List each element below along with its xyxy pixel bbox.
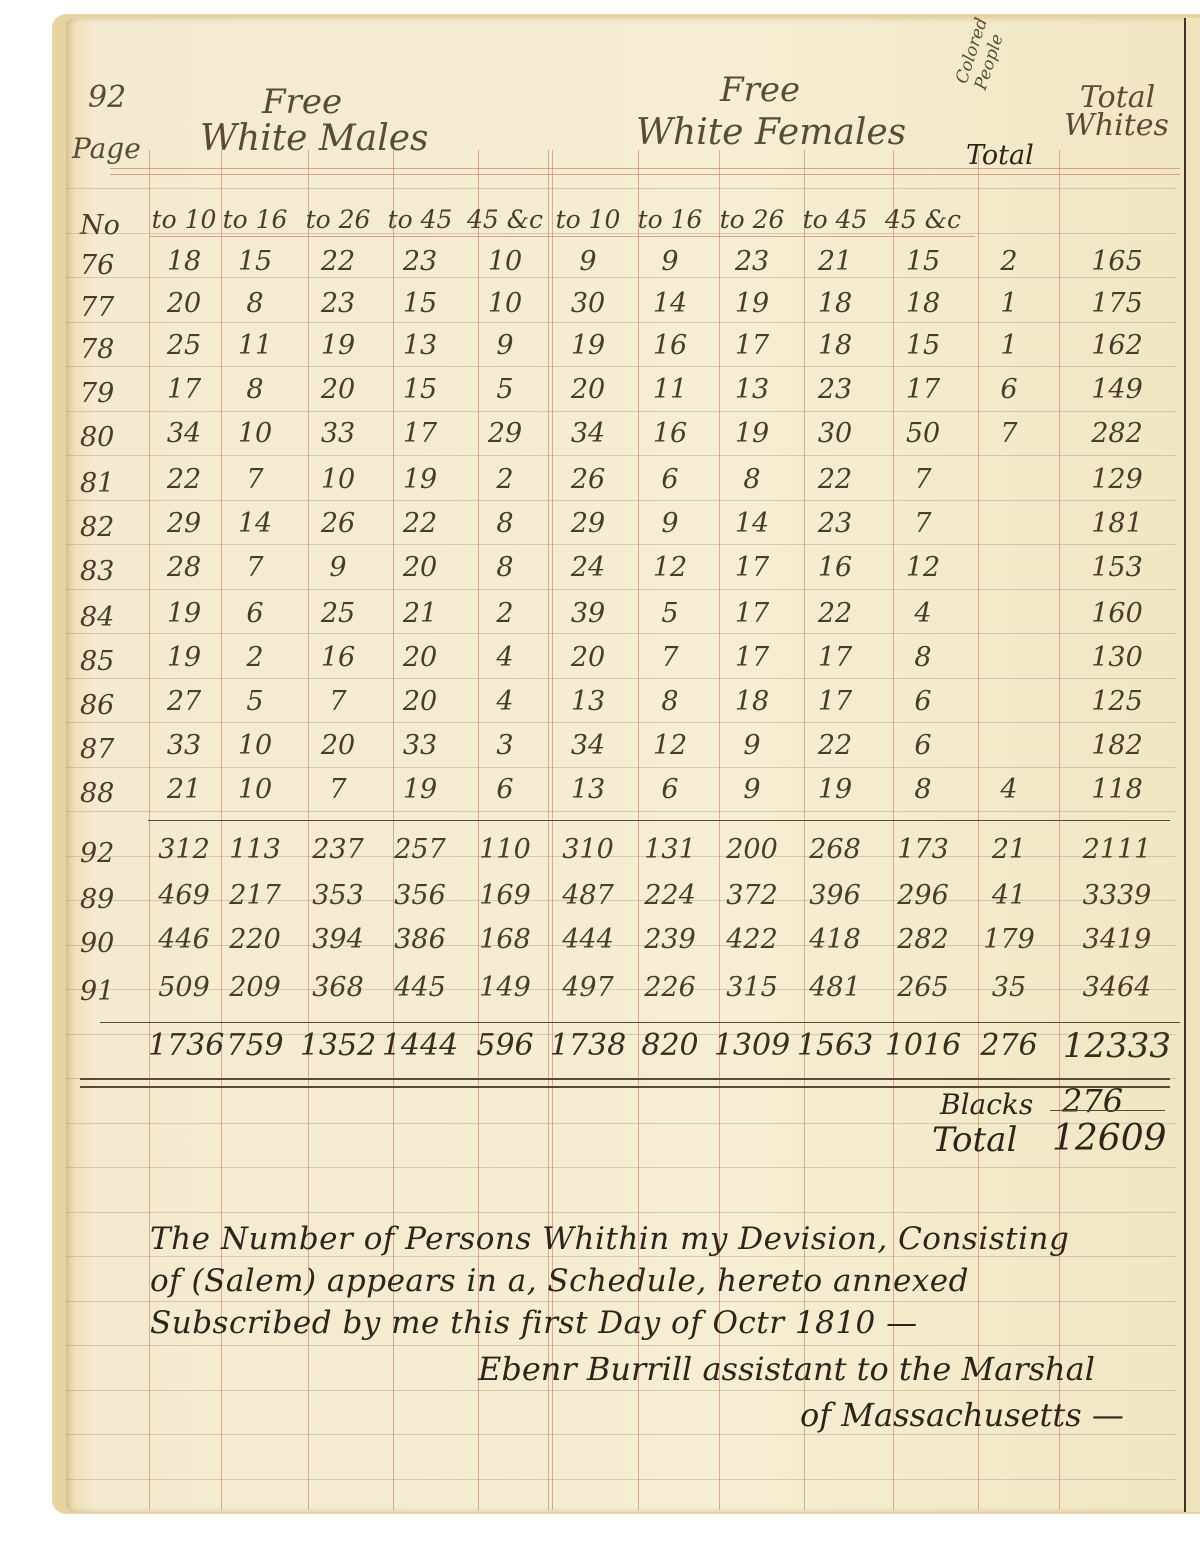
row-number: 85: [80, 642, 140, 682]
table-cell: 17: [712, 326, 792, 366]
table-cell: 3: [462, 726, 548, 766]
table-cell: 168: [462, 920, 548, 960]
table-cell: 19: [792, 770, 878, 810]
total-cell: 1444: [378, 1026, 462, 1066]
free-white-males-heading: White Males: [200, 118, 429, 159]
table-cell: 9: [548, 242, 628, 282]
table-cell: 200: [712, 830, 792, 870]
table-cell: 16: [792, 548, 878, 588]
row-rule: [66, 366, 1176, 367]
table-cell: 6: [878, 682, 968, 722]
table-cell: 35: [968, 968, 1050, 1008]
table-cell: 19: [148, 638, 220, 678]
row-number: 77: [80, 288, 140, 328]
table-cell: 509: [148, 968, 220, 1008]
table-cell: 20: [378, 638, 462, 678]
signature: Ebenr Burrill assistant to the Marshal: [478, 1350, 1095, 1388]
colored-total-heading: Total: [966, 140, 1034, 171]
grand-total-value: 12609: [1052, 1118, 1167, 1159]
table-cell: 9: [628, 504, 712, 544]
free-white-males-line1: Free: [262, 82, 342, 122]
signature-line-2: of Massachusetts —: [800, 1396, 1124, 1434]
table-cell: 12: [628, 726, 712, 766]
table-cell: 282: [878, 920, 968, 960]
table-cell: 160: [1062, 594, 1172, 634]
total-cell: 1309: [712, 1026, 792, 1066]
row-number: 78: [80, 330, 140, 370]
table-cell: 12: [628, 548, 712, 588]
table-cell: 4: [462, 638, 548, 678]
table-cell: 125: [1062, 682, 1172, 722]
table-cell: 41: [968, 876, 1050, 916]
table-cell: 394: [298, 920, 378, 960]
table-cell: 6: [628, 460, 712, 500]
table-cell: 9: [298, 548, 378, 588]
certificate-text: The Number of Persons Whithin my Devisio…: [150, 1218, 1170, 1344]
table-cell: 23: [378, 242, 462, 282]
total-cell: 820: [628, 1026, 712, 1066]
table-cell: 9: [628, 242, 712, 282]
table-cell: 356: [378, 876, 462, 916]
blacks-value: 276: [1062, 1082, 1123, 1120]
column-header: to 16: [212, 200, 298, 240]
table-cell: 5: [462, 370, 548, 410]
table-cell: 16: [628, 414, 712, 454]
table-cell: 118: [1062, 770, 1172, 810]
table-cell: 175: [1062, 284, 1172, 324]
table-cell: 33: [378, 726, 462, 766]
table-cell: 34: [548, 726, 628, 766]
total-cell: 1016: [878, 1026, 968, 1066]
table-cell: 11: [212, 326, 298, 366]
header-double-rule: [110, 168, 1180, 169]
table-cell: 1: [968, 284, 1050, 324]
table-cell: 162: [1062, 326, 1172, 366]
table-cell: 13: [712, 370, 792, 410]
table-cell: 19: [378, 770, 462, 810]
page-number: 92: [88, 80, 126, 115]
row-rule: [66, 411, 1176, 412]
total-cell: 1736: [148, 1026, 220, 1066]
table-cell: 497: [548, 968, 628, 1008]
table-cell: 34: [548, 414, 628, 454]
table-cell: 21: [968, 830, 1050, 870]
table-cell: 445: [378, 968, 462, 1008]
column-header: to 45: [792, 200, 878, 240]
table-cell: 6: [628, 770, 712, 810]
table-cell: 15: [878, 326, 968, 366]
row-rule: [66, 589, 1176, 590]
subtotal-rule: [100, 1022, 1180, 1023]
column-header: to 26: [298, 200, 378, 240]
column-header: to 45: [378, 200, 462, 240]
table-cell: 12: [878, 548, 968, 588]
table-cell: 3419: [1062, 920, 1172, 960]
table-cell: 10: [212, 414, 298, 454]
table-cell: 9: [712, 770, 792, 810]
table-cell: 17: [878, 370, 968, 410]
table-cell: 10: [462, 284, 548, 324]
column-header: 45 &c: [878, 200, 968, 240]
table-cell: 14: [212, 504, 298, 544]
table-cell: 6: [878, 726, 968, 766]
table-cell: 18: [792, 284, 878, 324]
table-cell: 312: [148, 830, 220, 870]
row-rule: [66, 544, 1176, 545]
table-cell: 29: [148, 504, 220, 544]
row-rule: [66, 811, 1176, 812]
row-number: 89: [80, 880, 140, 920]
table-cell: 19: [148, 594, 220, 634]
subtotal-rule: [148, 820, 1170, 821]
blacks-underline: [1050, 1110, 1165, 1111]
table-cell: 179: [968, 920, 1050, 960]
table-cell: 5: [212, 682, 298, 722]
row-number: 81: [80, 464, 140, 504]
table-cell: 25: [298, 594, 378, 634]
total-whites-heading: Whites: [1064, 108, 1169, 143]
table-cell: 17: [712, 548, 792, 588]
table-cell: 16: [628, 326, 712, 366]
table-cell: 368: [298, 968, 378, 1008]
table-cell: 487: [548, 876, 628, 916]
table-cell: 7: [298, 770, 378, 810]
table-cell: 23: [792, 370, 878, 410]
table-cell: 17: [712, 594, 792, 634]
table-cell: 34: [148, 414, 220, 454]
table-cell: 21: [148, 770, 220, 810]
table-cell: 22: [792, 726, 878, 766]
column-header-underline: [150, 236, 975, 237]
row-rule: [66, 1434, 1176, 1435]
table-cell: 17: [792, 682, 878, 722]
grand-total-label: Total: [932, 1120, 1017, 1160]
table-cell: 25: [148, 326, 220, 366]
total-cell: 1352: [298, 1026, 378, 1066]
table-cell: 23: [298, 284, 378, 324]
table-cell: 220: [212, 920, 298, 960]
table-cell: 17: [148, 370, 220, 410]
row-number: 76: [80, 246, 140, 286]
total-cell: 759: [212, 1026, 298, 1066]
table-cell: 7: [628, 638, 712, 678]
table-cell: 17: [792, 638, 878, 678]
table-cell: 20: [378, 682, 462, 722]
table-cell: 296: [878, 876, 968, 916]
column-header: 45 &c: [462, 200, 548, 240]
table-cell: 11: [628, 370, 712, 410]
table-cell: 24: [548, 548, 628, 588]
table-cell: 7: [298, 682, 378, 722]
table-cell: 2111: [1062, 830, 1172, 870]
table-cell: 131: [628, 830, 712, 870]
table-cell: 10: [298, 460, 378, 500]
free-white-females-heading: White Females: [636, 112, 906, 153]
table-cell: 282: [1062, 414, 1172, 454]
total-cell: 276: [968, 1026, 1050, 1066]
certificate-line-2: of (Salem) appears in a, Schedule, heret…: [150, 1260, 1170, 1302]
grand-total-double-rule: [80, 1078, 1170, 1080]
table-cell: 13: [378, 326, 462, 366]
table-cell: 224: [628, 876, 712, 916]
table-cell: 10: [462, 242, 548, 282]
table-cell: 18: [878, 284, 968, 324]
table-cell: 15: [378, 284, 462, 324]
table-cell: 4: [878, 594, 968, 634]
table-cell: 8: [712, 460, 792, 500]
table-cell: 20: [298, 726, 378, 766]
table-cell: 22: [298, 242, 378, 282]
table-cell: 7: [878, 460, 968, 500]
row-number: 83: [80, 552, 140, 592]
row-rule: [66, 678, 1176, 679]
table-cell: 29: [548, 504, 628, 544]
row-rule: [66, 767, 1176, 768]
total-cell: 1563: [792, 1026, 878, 1066]
page-label: Page: [72, 132, 141, 165]
table-cell: 129: [1062, 460, 1172, 500]
row-rule: [66, 188, 1176, 189]
row-rule: [66, 722, 1176, 723]
table-cell: 130: [1062, 638, 1172, 678]
table-cell: 3464: [1062, 968, 1172, 1008]
table-cell: 30: [548, 284, 628, 324]
table-cell: 20: [148, 284, 220, 324]
table-cell: 17: [712, 638, 792, 678]
table-cell: 372: [712, 876, 792, 916]
table-cell: 20: [548, 370, 628, 410]
row-number: 92: [80, 834, 140, 874]
table-cell: 8: [462, 504, 548, 544]
table-cell: 386: [378, 920, 462, 960]
table-cell: 8: [878, 638, 968, 678]
table-cell: 17: [378, 414, 462, 454]
table-cell: 18: [712, 682, 792, 722]
table-cell: 153: [1062, 548, 1172, 588]
table-cell: 14: [628, 284, 712, 324]
table-cell: 20: [548, 638, 628, 678]
table-cell: 6: [212, 594, 298, 634]
table-cell: 239: [628, 920, 712, 960]
blacks-label: Blacks: [940, 1088, 1033, 1121]
table-cell: 23: [712, 242, 792, 282]
table-cell: 39: [548, 594, 628, 634]
table-cell: 29: [462, 414, 548, 454]
table-cell: 444: [548, 920, 628, 960]
table-cell: 315: [712, 968, 792, 1008]
table-cell: 2: [212, 638, 298, 678]
table-cell: 30: [792, 414, 878, 454]
table-cell: 217: [212, 876, 298, 916]
table-cell: 9: [462, 326, 548, 366]
table-cell: 2: [462, 594, 548, 634]
free-white-females-line1: Free: [720, 70, 800, 110]
certificate-line-1: The Number of Persons Whithin my Devisio…: [150, 1218, 1170, 1260]
column-header: to 26: [712, 200, 792, 240]
table-cell: 173: [878, 830, 968, 870]
table-cell: 18: [148, 242, 220, 282]
row-number: 86: [80, 686, 140, 726]
table-cell: 15: [212, 242, 298, 282]
table-cell: 16: [298, 638, 378, 678]
table-cell: 2: [968, 242, 1050, 282]
row-number: 88: [80, 774, 140, 814]
table-cell: 19: [712, 284, 792, 324]
table-cell: 20: [378, 548, 462, 588]
table-cell: 3339: [1062, 876, 1172, 916]
table-cell: 481: [792, 968, 878, 1008]
table-cell: 26: [548, 460, 628, 500]
table-cell: 209: [212, 968, 298, 1008]
table-cell: 6: [462, 770, 548, 810]
table-cell: 8: [212, 284, 298, 324]
table-cell: 418: [792, 920, 878, 960]
row-rule: [66, 1479, 1176, 1480]
table-cell: 22: [792, 594, 878, 634]
table-cell: 19: [378, 460, 462, 500]
table-cell: 110: [462, 830, 548, 870]
row-rule: [66, 1167, 1176, 1168]
table-cell: 22: [148, 460, 220, 500]
total-cell: 596: [462, 1026, 548, 1066]
table-cell: 268: [792, 830, 878, 870]
table-cell: 15: [878, 242, 968, 282]
table-cell: 10: [212, 770, 298, 810]
table-cell: 18: [792, 326, 878, 366]
table-cell: 469: [148, 876, 220, 916]
table-cell: 27: [148, 682, 220, 722]
table-cell: 169: [462, 876, 548, 916]
facing-page-edge: [1186, 18, 1200, 1512]
table-cell: 50: [878, 414, 968, 454]
column-header: to 16: [628, 200, 712, 240]
table-cell: 149: [462, 968, 548, 1008]
table-cell: 19: [548, 326, 628, 366]
table-cell: 4: [462, 682, 548, 722]
row-rule: [66, 455, 1176, 456]
table-cell: 21: [378, 594, 462, 634]
table-cell: 113: [212, 830, 298, 870]
header-double-rule-2: [110, 174, 1180, 175]
table-cell: 23: [792, 504, 878, 544]
table-cell: 353: [298, 876, 378, 916]
row-number: 80: [80, 418, 140, 458]
table-cell: 8: [878, 770, 968, 810]
table-cell: 257: [378, 830, 462, 870]
table-cell: 446: [148, 920, 220, 960]
table-cell: 8: [462, 548, 548, 588]
book-gutter: [1184, 18, 1186, 1512]
total-cell: 12333: [1062, 1026, 1172, 1066]
column-header: to 10: [548, 200, 628, 240]
table-cell: 7: [878, 504, 968, 544]
table-cell: 8: [212, 370, 298, 410]
table-cell: 21: [792, 242, 878, 282]
row-rule: [66, 500, 1176, 501]
row-rule: [66, 1345, 1176, 1346]
column-header: to 10: [148, 200, 220, 240]
table-cell: 7: [212, 460, 298, 500]
column-header-no: No: [80, 206, 140, 246]
table-cell: 26: [298, 504, 378, 544]
row-number: 84: [80, 598, 140, 638]
table-cell: 22: [378, 504, 462, 544]
table-cell: 2: [462, 460, 548, 500]
table-cell: 7: [212, 548, 298, 588]
row-rule: [66, 1390, 1176, 1391]
table-cell: 28: [148, 548, 220, 588]
row-number: 91: [80, 972, 140, 1012]
table-cell: 19: [712, 414, 792, 454]
row-number: 90: [80, 924, 140, 964]
table-cell: 14: [712, 504, 792, 544]
table-cell: 33: [148, 726, 220, 766]
table-cell: 9: [712, 726, 792, 766]
total-cell: 1738: [548, 1026, 628, 1066]
row-number: 82: [80, 508, 140, 548]
row-number: 87: [80, 730, 140, 770]
table-cell: 8: [628, 682, 712, 722]
table-cell: 237: [298, 830, 378, 870]
row-number: 79: [80, 374, 140, 414]
table-cell: 22: [792, 460, 878, 500]
table-cell: 226: [628, 968, 712, 1008]
table-cell: 13: [548, 770, 628, 810]
table-cell: 4: [968, 770, 1050, 810]
table-cell: 33: [298, 414, 378, 454]
table-cell: 15: [378, 370, 462, 410]
table-cell: 13: [548, 682, 628, 722]
table-cell: 310: [548, 830, 628, 870]
table-cell: 7: [968, 414, 1050, 454]
table-cell: 396: [792, 876, 878, 916]
row-rule: [66, 1212, 1176, 1213]
table-cell: 422: [712, 920, 792, 960]
table-cell: 182: [1062, 726, 1172, 766]
table-cell: 149: [1062, 370, 1172, 410]
table-cell: 265: [878, 968, 968, 1008]
table-cell: 1: [968, 326, 1050, 366]
table-cell: 5: [628, 594, 712, 634]
table-cell: 20: [298, 370, 378, 410]
table-cell: 165: [1062, 242, 1172, 282]
table-cell: 6: [968, 370, 1050, 410]
table-cell: 181: [1062, 504, 1172, 544]
certificate-line-3: Subscribed by me this first Day of Octr …: [150, 1302, 1170, 1344]
table-cell: 10: [212, 726, 298, 766]
table-cell: 19: [298, 326, 378, 366]
